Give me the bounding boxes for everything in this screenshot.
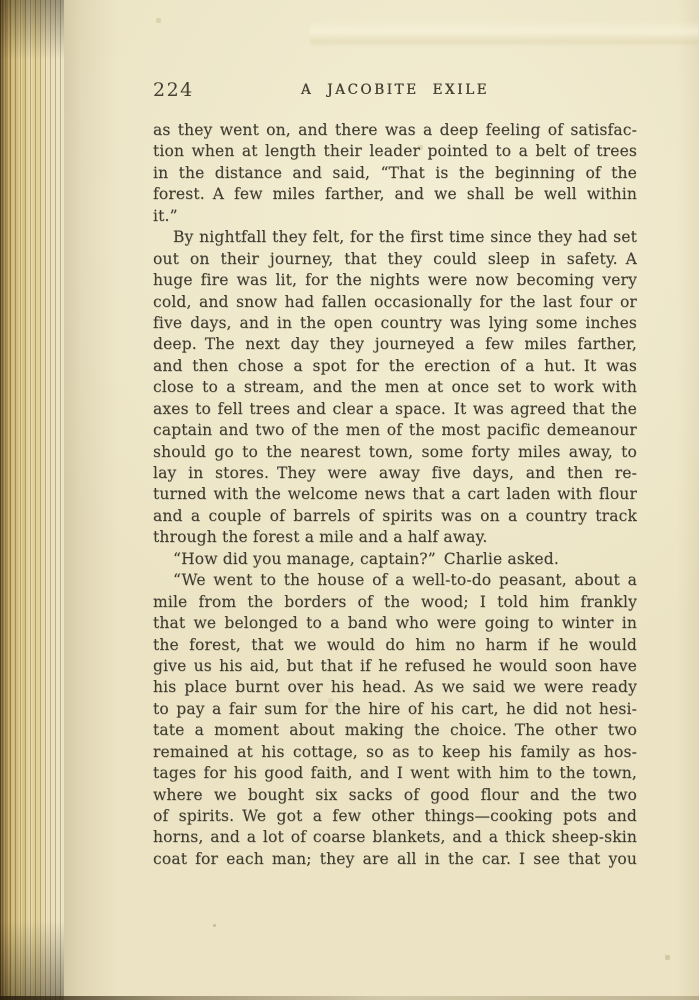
text-line: the forest, that we would do him no harm…	[153, 635, 637, 656]
text-body: as they went on, and there was a deep fe…	[153, 120, 637, 870]
text-line: lay in stores. They were away five days,…	[153, 463, 637, 484]
text-line: huge fire was lit, for the nights were n…	[153, 270, 637, 291]
text-line: “We went to the house of a well-to-do pe…	[153, 570, 637, 591]
text-line: horns, and a lot of coarse blankets, and…	[153, 827, 637, 848]
text-line: and then chose a spot for the erection o…	[153, 356, 637, 377]
text-line: through the forest a mile and a half awa…	[153, 527, 637, 548]
text-line: five days, and in the open country was l…	[153, 313, 637, 334]
book-binding-edge	[0, 0, 64, 1000]
text-line: cold, and snow had fallen occasionally f…	[153, 292, 637, 313]
page-light-streak	[310, 20, 699, 46]
text-line: tion when at length their leader pointed…	[153, 141, 637, 162]
text-line: to pay a fair sum for the hire of his ca…	[153, 699, 637, 720]
text-line: of spirits. We got a few other things—co…	[153, 806, 637, 827]
running-title: A JACOBITE EXILE	[153, 80, 637, 100]
scanned-book-page: { "colors": { "paper": "#ebe3c3", "ink":…	[0, 0, 699, 1000]
text-line: his place burnt over his head. As we sai…	[153, 677, 637, 698]
text-line: axes to fell trees and clear a space. It…	[153, 399, 637, 420]
text-line: give us his aid, but that if he refused …	[153, 656, 637, 677]
text-line: and a couple of barrels of spirits was o…	[153, 506, 637, 527]
text-line: out on their journey, that they could sl…	[153, 249, 637, 270]
page-bottom-edge	[0, 996, 699, 1000]
text-line: remained at his cottage, so as to keep h…	[153, 742, 637, 763]
text-line: tages for his good faith, and I went wit…	[153, 763, 637, 784]
foxing-specks	[0, 0, 1, 1]
text-line: mile from the borders of the wood; I tol…	[153, 592, 637, 613]
text-line: coat for each man; they are all in the c…	[153, 849, 637, 870]
text-line: turned with the welcome news that a cart…	[153, 484, 637, 505]
text-line: where we bought six sacks of good flour …	[153, 785, 637, 806]
text-line: forest. A few miles farther, and we shal…	[153, 184, 637, 205]
text-line: in the distance and said, “That is the b…	[153, 163, 637, 184]
text-line: tate a moment about making the choice. T…	[153, 720, 637, 741]
text-line: that we belonged to a band who were goin…	[153, 613, 637, 634]
text-line: “How did you manage, captain?” Charlie a…	[153, 549, 637, 570]
text-line: captain and two of the men of the most p…	[153, 420, 637, 441]
page-header: 224 A JACOBITE EXILE	[153, 80, 637, 100]
text-line: deep. The next day they journeyed a few …	[153, 334, 637, 355]
text-line: close to a stream, and the men at once s…	[153, 377, 637, 398]
page-number: 224	[153, 80, 194, 100]
text-line: should go to the nearest town, some fort…	[153, 442, 637, 463]
text-line: it.”	[153, 206, 637, 227]
text-line: By nightfall they felt, for the first ti…	[153, 227, 637, 248]
text-line: as they went on, and there was a deep fe…	[153, 120, 637, 141]
